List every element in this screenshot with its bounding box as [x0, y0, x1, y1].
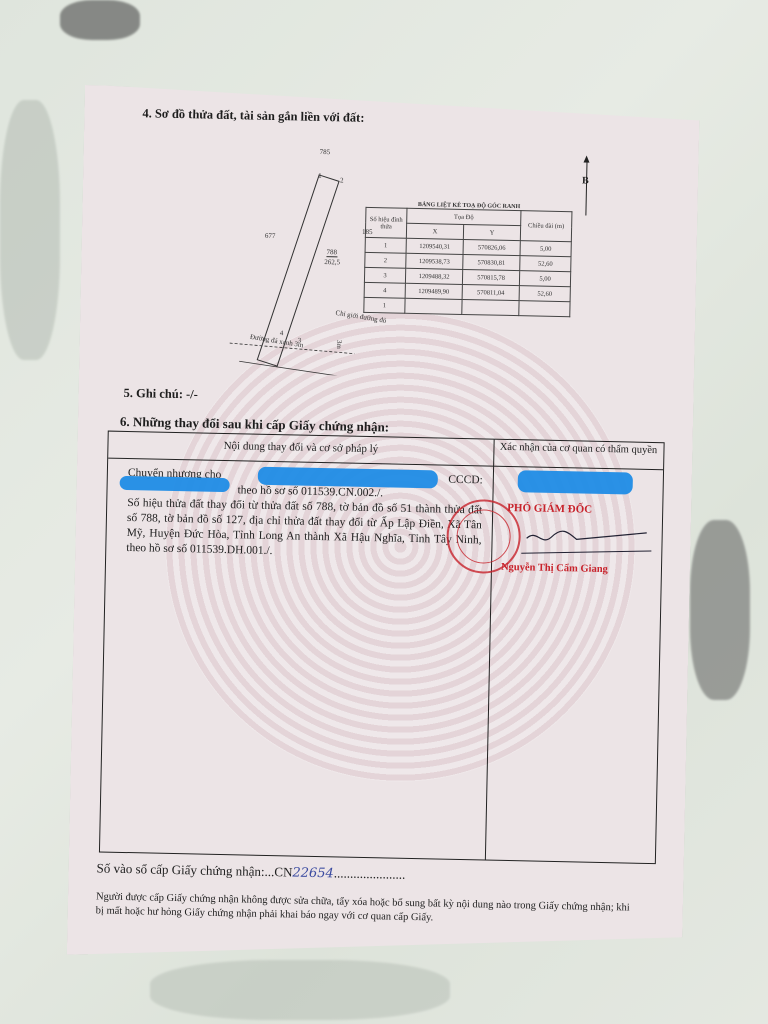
registry-label: Số vào sổ cấp Giấy chứng nhận:...CN	[96, 860, 292, 879]
marble-vein	[0, 100, 60, 360]
parcel-area: 262,5	[324, 258, 340, 266]
signer-title: PHÓ GIÁM ĐỐC	[507, 502, 592, 516]
section4-title: 4. Sơ đồ thửa đất, tài sản gắn liền với …	[142, 106, 364, 126]
neighbor-top: 785	[320, 148, 331, 156]
cell: 3	[364, 267, 405, 283]
col-y: Y	[463, 224, 520, 240]
setback-label: 3m	[335, 340, 343, 349]
cell: 1209538,73	[406, 253, 463, 269]
cell: 52,60	[519, 286, 570, 302]
registry-number: 22654	[292, 866, 334, 882]
col-length: Chiều dài (m)	[520, 211, 572, 242]
marble-vein	[690, 520, 750, 700]
cell: 5,00	[520, 241, 571, 257]
col-x: X	[406, 223, 463, 239]
changes-table: Nội dung thay đổi và cơ sở pháp lý Xác n…	[99, 431, 665, 865]
cell: 5,00	[519, 271, 570, 287]
neighbor-left: 677	[265, 232, 276, 240]
cell: 570830,81	[463, 254, 520, 270]
marble-vein	[60, 0, 140, 40]
cell	[405, 298, 462, 314]
cell: 570815,78	[462, 269, 519, 285]
registry-dots: ......................	[334, 865, 406, 881]
cell: 570811,04	[462, 284, 519, 300]
redacted-id	[120, 476, 230, 492]
vertex-label: 2	[340, 176, 344, 184]
cell	[462, 299, 519, 315]
vertex-label: 4	[280, 329, 284, 337]
cell: 4	[364, 282, 405, 298]
redacted-signer-org	[518, 470, 633, 494]
north-arrow-head	[583, 155, 589, 162]
cell: 2	[365, 252, 406, 268]
parcel-change-text: Số hiệu thửa đất thay đổi từ thửa đất số…	[126, 496, 482, 563]
notice-text: Người được cấp Giấy chứng nhận không đượ…	[96, 890, 636, 929]
cell: 52,60	[520, 256, 571, 272]
cell: 1209488,32	[405, 268, 462, 284]
section5-note: 5. Ghi chú: -/-	[123, 386, 198, 403]
vertex-label: 1	[318, 172, 322, 180]
cell: 1209540,31	[406, 238, 463, 254]
header-content: Nội dung thay đổi và cơ sở pháp lý	[108, 438, 493, 458]
cell: 570826,06	[463, 239, 520, 255]
signature-icon	[516, 518, 657, 561]
parcel-number: 788	[326, 248, 337, 257]
marble-vein	[150, 960, 450, 1020]
north-label: B	[582, 175, 589, 186]
table-row: 1	[364, 297, 570, 316]
cccd-label: CCCD:	[448, 473, 483, 489]
col-vertex: Số hiệu đỉnh thửa	[365, 207, 407, 238]
coords-table-block: BẢNG LIỆT KÊ TOẠ ĐỘ GÓC RANH Số hiệu đỉn…	[363, 201, 572, 317]
redacted-name	[258, 467, 438, 489]
cell	[519, 301, 570, 317]
header-confirm: Xác nhận của cơ quan có thẩm quyền	[498, 442, 658, 456]
cell: 1	[364, 297, 405, 313]
cell: 1	[365, 237, 406, 253]
cell: 1209489,90	[405, 283, 462, 299]
land-certificate-page: 4. Sơ đồ thửa đất, tài sản gắn liền với …	[67, 85, 700, 968]
registry-line: Số vào sổ cấp Giấy chứng nhận:...CN22654…	[96, 860, 405, 882]
north-arrow-icon	[585, 161, 587, 216]
coords-table: Số hiệu đỉnh thửa Tọa Độ Chiều dài (m) X…	[363, 207, 572, 317]
signer-name: Nguyễn Thị Cẩm Giang	[501, 562, 608, 575]
